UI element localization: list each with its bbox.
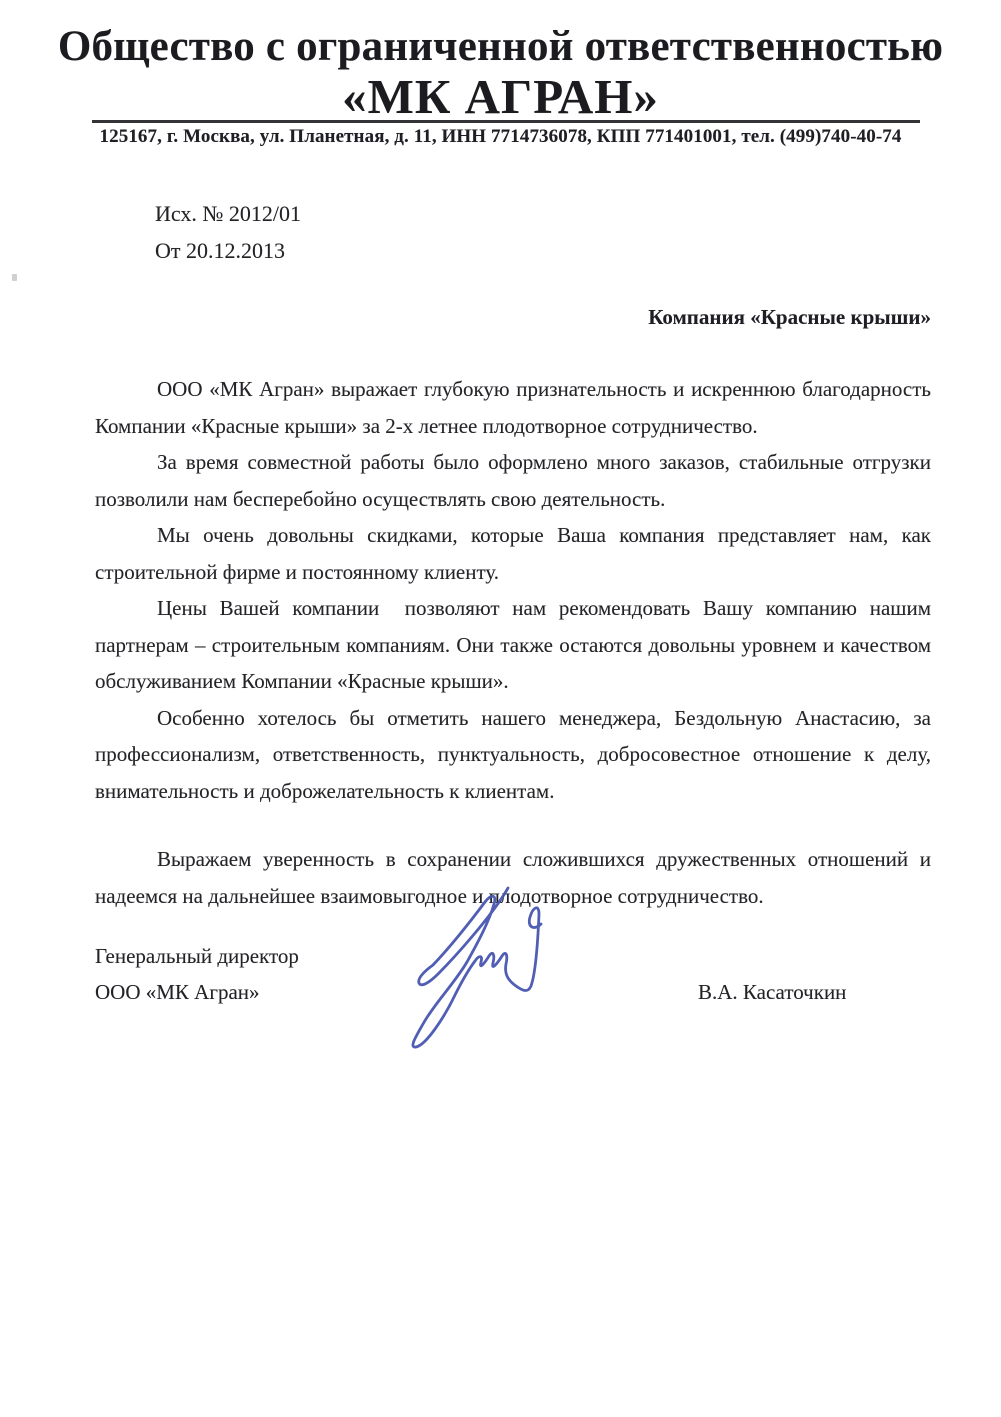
body-paragraph: Особенно хотелось бы отметить нашего мен… <box>95 700 931 810</box>
letterhead-org-type: Общество с ограниченной ответственностью <box>0 22 1001 71</box>
signature-company: ООО «МК Агран» <box>95 980 260 1005</box>
recipient-line: Компания «Красные крыши» <box>95 305 931 330</box>
signature-title: Генеральный директор <box>95 944 299 969</box>
ref-number: Исх. № 2012/01 <box>155 201 301 227</box>
letter-date: От 20.12.2013 <box>155 238 285 264</box>
letter-body: ООО «МК Агран» выражает глубокую признат… <box>95 371 931 914</box>
signature-ink <box>413 888 541 1047</box>
handwritten-signature <box>396 882 554 1052</box>
body-paragraph: За время совместной работы было оформлен… <box>95 444 931 517</box>
body-paragraph: Цены Вашей компании позволяют нам рекоме… <box>95 590 931 700</box>
body-paragraph: ООО «МК Агран» выражает глубокую признат… <box>95 371 931 444</box>
signatory-name: В.А. Касаточкин <box>698 980 846 1005</box>
scan-speck <box>12 274 17 281</box>
letter-page: Общество с ограниченной ответственностью… <box>0 0 1001 1417</box>
body-paragraph: Мы очень довольны скидками, которые Ваша… <box>95 517 931 590</box>
letterhead-org-name: «МК АГРАН» <box>0 68 1001 125</box>
letterhead-rule <box>92 120 920 123</box>
letterhead-address: 125167, г. Москва, ул. Планетная, д. 11,… <box>0 126 1001 148</box>
